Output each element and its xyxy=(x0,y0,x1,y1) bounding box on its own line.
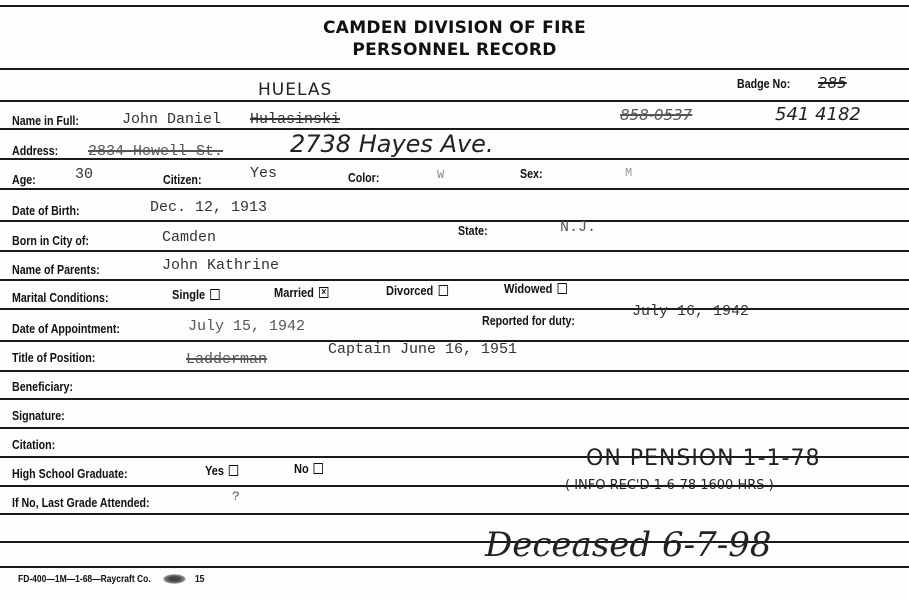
dob-label: Date of Birth: xyxy=(12,203,80,218)
color-value: W xyxy=(437,168,444,182)
deceased-note: Deceased 6-7-98 xyxy=(485,525,771,565)
pension-note: ON PENSION 1-1-78 xyxy=(586,446,820,471)
hs-no-checkbox[interactable] xyxy=(314,463,323,474)
rule-line xyxy=(0,541,909,543)
badge-value-struck: 285 xyxy=(818,74,847,92)
state-value: N.J. xyxy=(560,219,596,236)
sex-label: Sex: xyxy=(520,166,543,181)
appointment-label: Date of Appointment: xyxy=(12,321,120,336)
reported-value: July 16, 1942 xyxy=(632,303,749,320)
address-label: Address: xyxy=(12,143,58,158)
rule-line xyxy=(0,566,909,568)
age-value: 30 xyxy=(75,166,93,183)
form-footer: FD-400—1M—1-68—Raycraft Co.15 xyxy=(18,574,204,585)
form-title: CAMDEN DIVISION OF FIRE xyxy=(0,18,909,38)
address-value-struck: 2834 Howell St. xyxy=(88,143,223,160)
parents-label: Name of Parents: xyxy=(12,262,100,277)
dob-value: Dec. 12, 1913 xyxy=(150,199,267,216)
form-code: FD-400—1M—1-68—Raycraft Co. xyxy=(18,574,151,585)
phone-struck: 858-0537 xyxy=(620,106,692,124)
rule-line xyxy=(0,188,909,190)
rule-line xyxy=(0,370,909,372)
age-label: Age: xyxy=(12,172,36,187)
union-label-seal-icon xyxy=(163,574,187,584)
parents-value: John Kathrine xyxy=(162,257,279,274)
marital-option-widowed[interactable]: Widowed xyxy=(504,281,567,296)
marital-option-divorced[interactable]: Divorced xyxy=(386,283,448,298)
widowed-checkbox[interactable] xyxy=(557,283,566,294)
rule-line xyxy=(0,100,909,102)
rule-line xyxy=(0,250,909,252)
name-handwritten-correction: HUELAS xyxy=(258,80,332,100)
last-grade-label: If No, Last Grade Attended: xyxy=(12,495,150,510)
born-city-value: Camden xyxy=(162,229,216,246)
color-label: Color: xyxy=(348,170,379,185)
citizen-value: Yes xyxy=(250,165,277,182)
rule-line xyxy=(0,5,909,7)
name-value: John Daniel xyxy=(122,111,221,128)
address-value: 2738 Hayes Ave. xyxy=(290,130,494,158)
born-city-label: Born in City of: xyxy=(12,233,89,248)
hs-option-no[interactable]: No xyxy=(294,461,323,476)
page-number: 15 xyxy=(195,574,204,585)
hs-option-yes[interactable]: Yes xyxy=(205,463,239,478)
rule-line xyxy=(0,513,909,515)
rule-line xyxy=(0,68,909,70)
married-checkbox[interactable]: × xyxy=(319,287,328,298)
position-value: Captain June 16, 1951 xyxy=(328,341,517,358)
sex-value: M xyxy=(625,166,632,180)
hs-grad-label: High School Graduate: xyxy=(12,466,127,481)
rule-line xyxy=(0,279,909,281)
appointment-value: July 15, 1942 xyxy=(188,318,305,335)
hs-yes-checkbox[interactable] xyxy=(229,465,238,476)
marital-label: Marital Conditions: xyxy=(12,290,109,305)
citizen-label: Citizen: xyxy=(163,172,202,187)
position-label: Title of Position: xyxy=(12,350,95,365)
citation-label: Citation: xyxy=(12,437,55,452)
signature-label: Signature: xyxy=(12,408,65,423)
rule-line xyxy=(0,220,909,222)
single-checkbox[interactable] xyxy=(210,289,219,300)
badge-label: Badge No: xyxy=(737,76,790,91)
name-value-struck: Hulasinski xyxy=(250,111,340,128)
rule-line xyxy=(0,427,909,429)
info-note: ( INFO REC'D 1-6-78 1600 HRS ) xyxy=(565,478,774,493)
form-subtitle: PERSONNEL RECORD xyxy=(0,40,909,60)
beneficiary-label: Beneficiary: xyxy=(12,379,73,394)
last-grade-value: ? xyxy=(232,489,240,504)
phone-value: 541 4182 xyxy=(775,104,861,125)
rule-line xyxy=(0,308,909,310)
reported-label: Reported for duty: xyxy=(482,313,575,328)
state-label: State: xyxy=(458,223,488,238)
divorced-checkbox[interactable] xyxy=(438,285,447,296)
rule-line xyxy=(0,398,909,400)
position-value-struck: Ladderman xyxy=(186,351,267,368)
marital-option-married[interactable]: Married× xyxy=(274,285,328,300)
name-label: Name in Full: xyxy=(12,113,79,128)
marital-option-single[interactable]: Single xyxy=(172,287,220,302)
